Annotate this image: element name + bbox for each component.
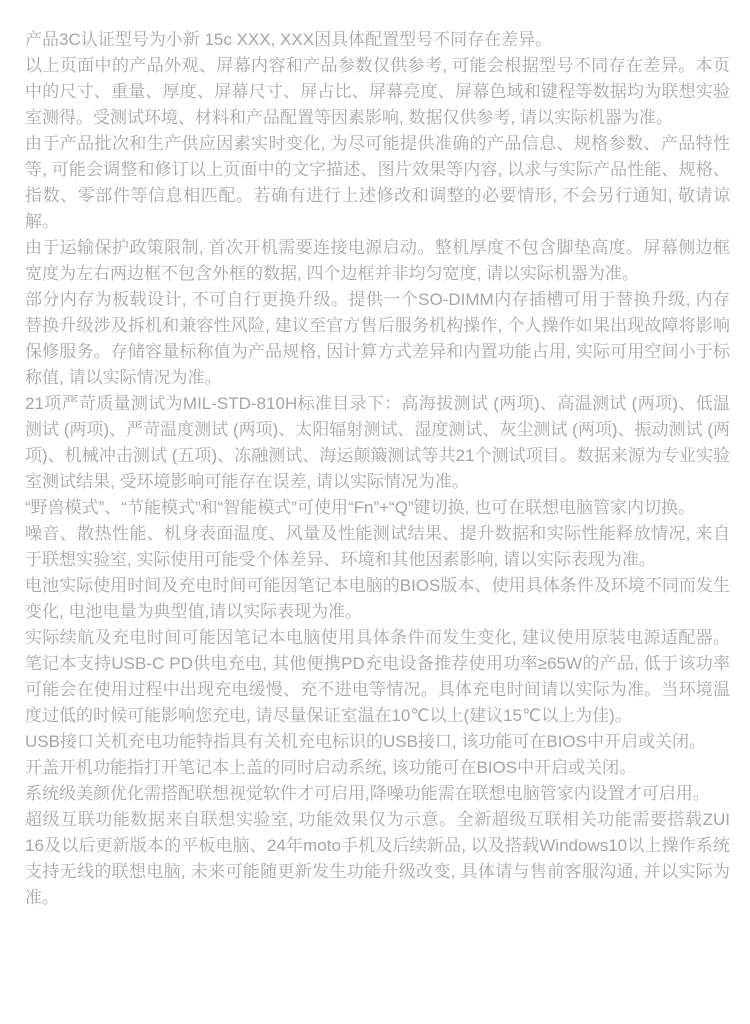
disclaimer-paragraph: 以上页面中的产品外观、屏幕内容和产品参数仅供参考, 可能会根据型号不同存在差异。… [25, 53, 730, 131]
disclaimer-paragraph: 实际续航及充电时间可能因笔记本电脑使用具体条件而发生变化, 建议使用原装电源适配… [25, 625, 730, 729]
disclaimer-paragraph: 电池实际使用时间及充电时间可能因笔记本电脑的BIOS版本、使用具体条件及环境不同… [25, 573, 730, 625]
disclaimer-paragraph: 噪音、散热性能、机身表面温度、风量及性能测试结果、提升数据和实际性能释放情况, … [25, 521, 730, 573]
disclaimer-paragraph: 21项严苛质量测试为MIL-STD-810H标准目录下：高海拔测试 (两项)、高… [25, 391, 730, 495]
disclaimer-paragraph: 由于运输保护政策限制, 首次开机需要连接电源启动。整机厚度不包含脚垫高度。屏幕侧… [25, 235, 730, 287]
disclaimer-paragraph: 部分内存为板载设计, 不可自行更换升级。提供一个SO-DIMM内存插槽可用于替换… [25, 287, 730, 391]
disclaimer-paragraph: “野兽模式”、“节能模式”和“智能模式”可使用“Fn”+“Q”键切换, 也可在联… [25, 495, 730, 521]
disclaimer-paragraph: 产品3C认证型号为小新 15c XXX, XXX因具体配置型号不同存在差异。 [25, 27, 730, 53]
disclaimer-paragraph: 超级互联功能数据来自联想实验室, 功能效果仅为示意。全新超级互联相关功能需要搭载… [25, 807, 730, 911]
disclaimer-paragraph: 系统级美颜优化需搭配联想视觉软件才可启用,降噪功能需在联想电脑管家内设置才可启用… [25, 781, 730, 807]
disclaimer-text-block: 产品3C认证型号为小新 15c XXX, XXX因具体配置型号不同存在差异。 以… [0, 0, 750, 911]
disclaimer-paragraph: 开盖开机功能指打开笔记本上盖的同时启动系统, 该功能可在BIOS中开启或关闭。 [25, 755, 730, 781]
disclaimer-paragraph: 由于产品批次和生产供应因素实时变化, 为尽可能提供准确的产品信息、规格参数、产品… [25, 131, 730, 235]
disclaimer-paragraph: USB接口关机充电功能特指具有关机充电标识的USB接口, 该功能可在BIOS中开… [25, 729, 730, 755]
